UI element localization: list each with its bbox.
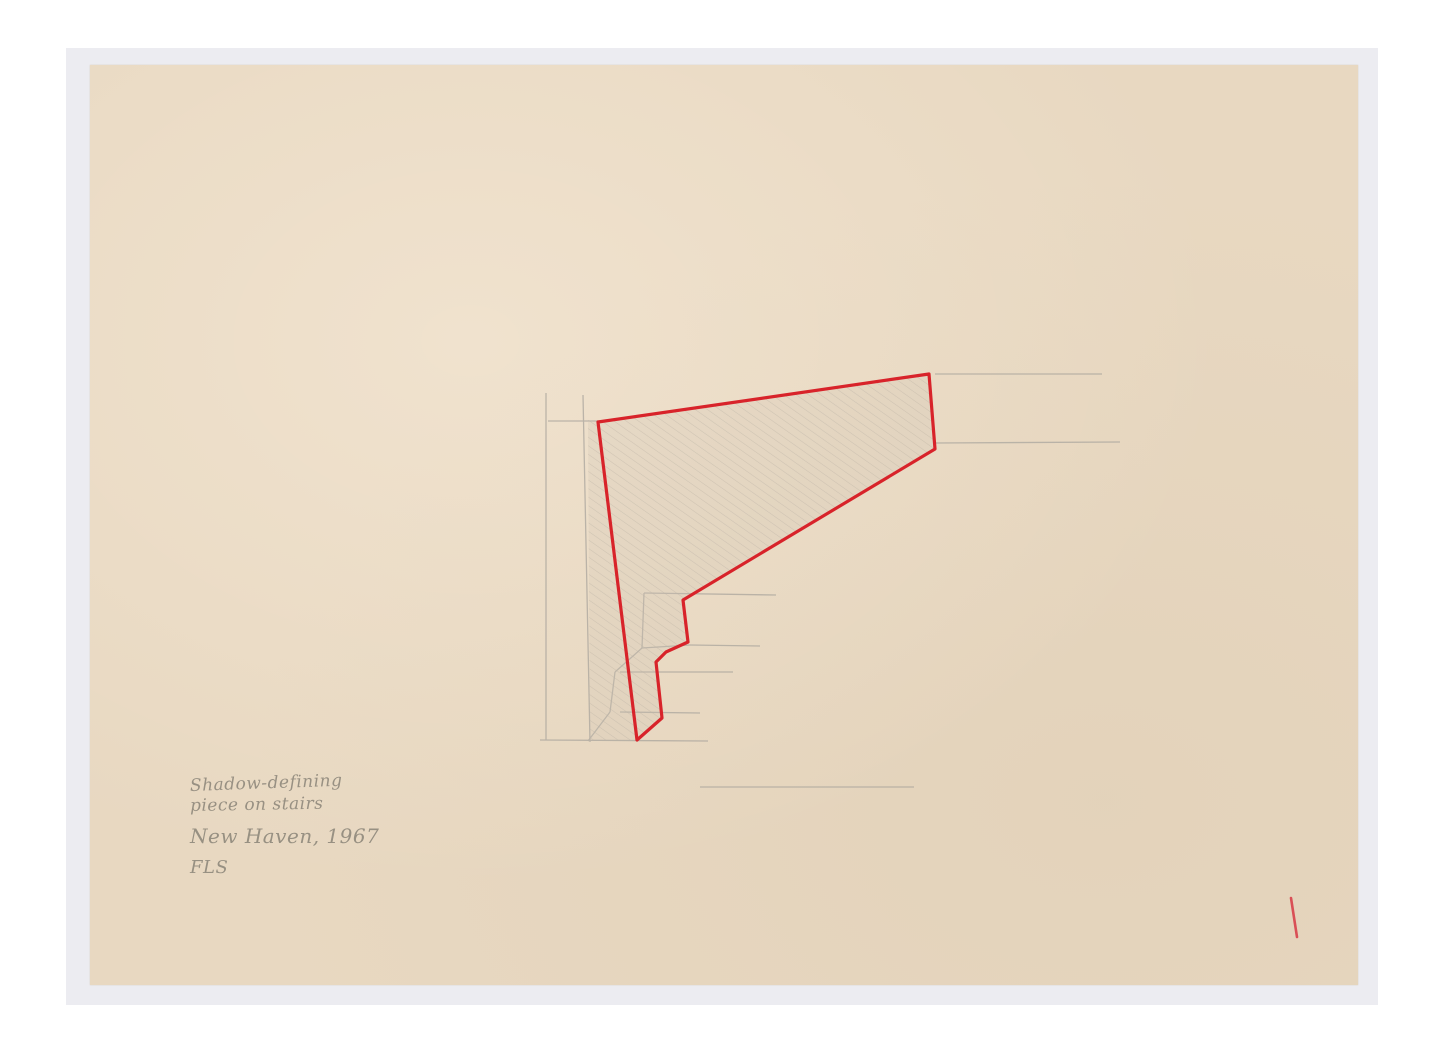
handwritten-inscription: Shadow-defining piece on stairs New Have… bbox=[190, 773, 379, 881]
inscription-line-2: piece on stairs bbox=[190, 790, 380, 819]
inscription-initials: FLS bbox=[190, 855, 379, 881]
corner-mark bbox=[1291, 898, 1297, 937]
stair-shadow-drawing bbox=[0, 0, 1445, 1054]
inscription-line-3: New Haven, 1967 bbox=[190, 823, 379, 849]
